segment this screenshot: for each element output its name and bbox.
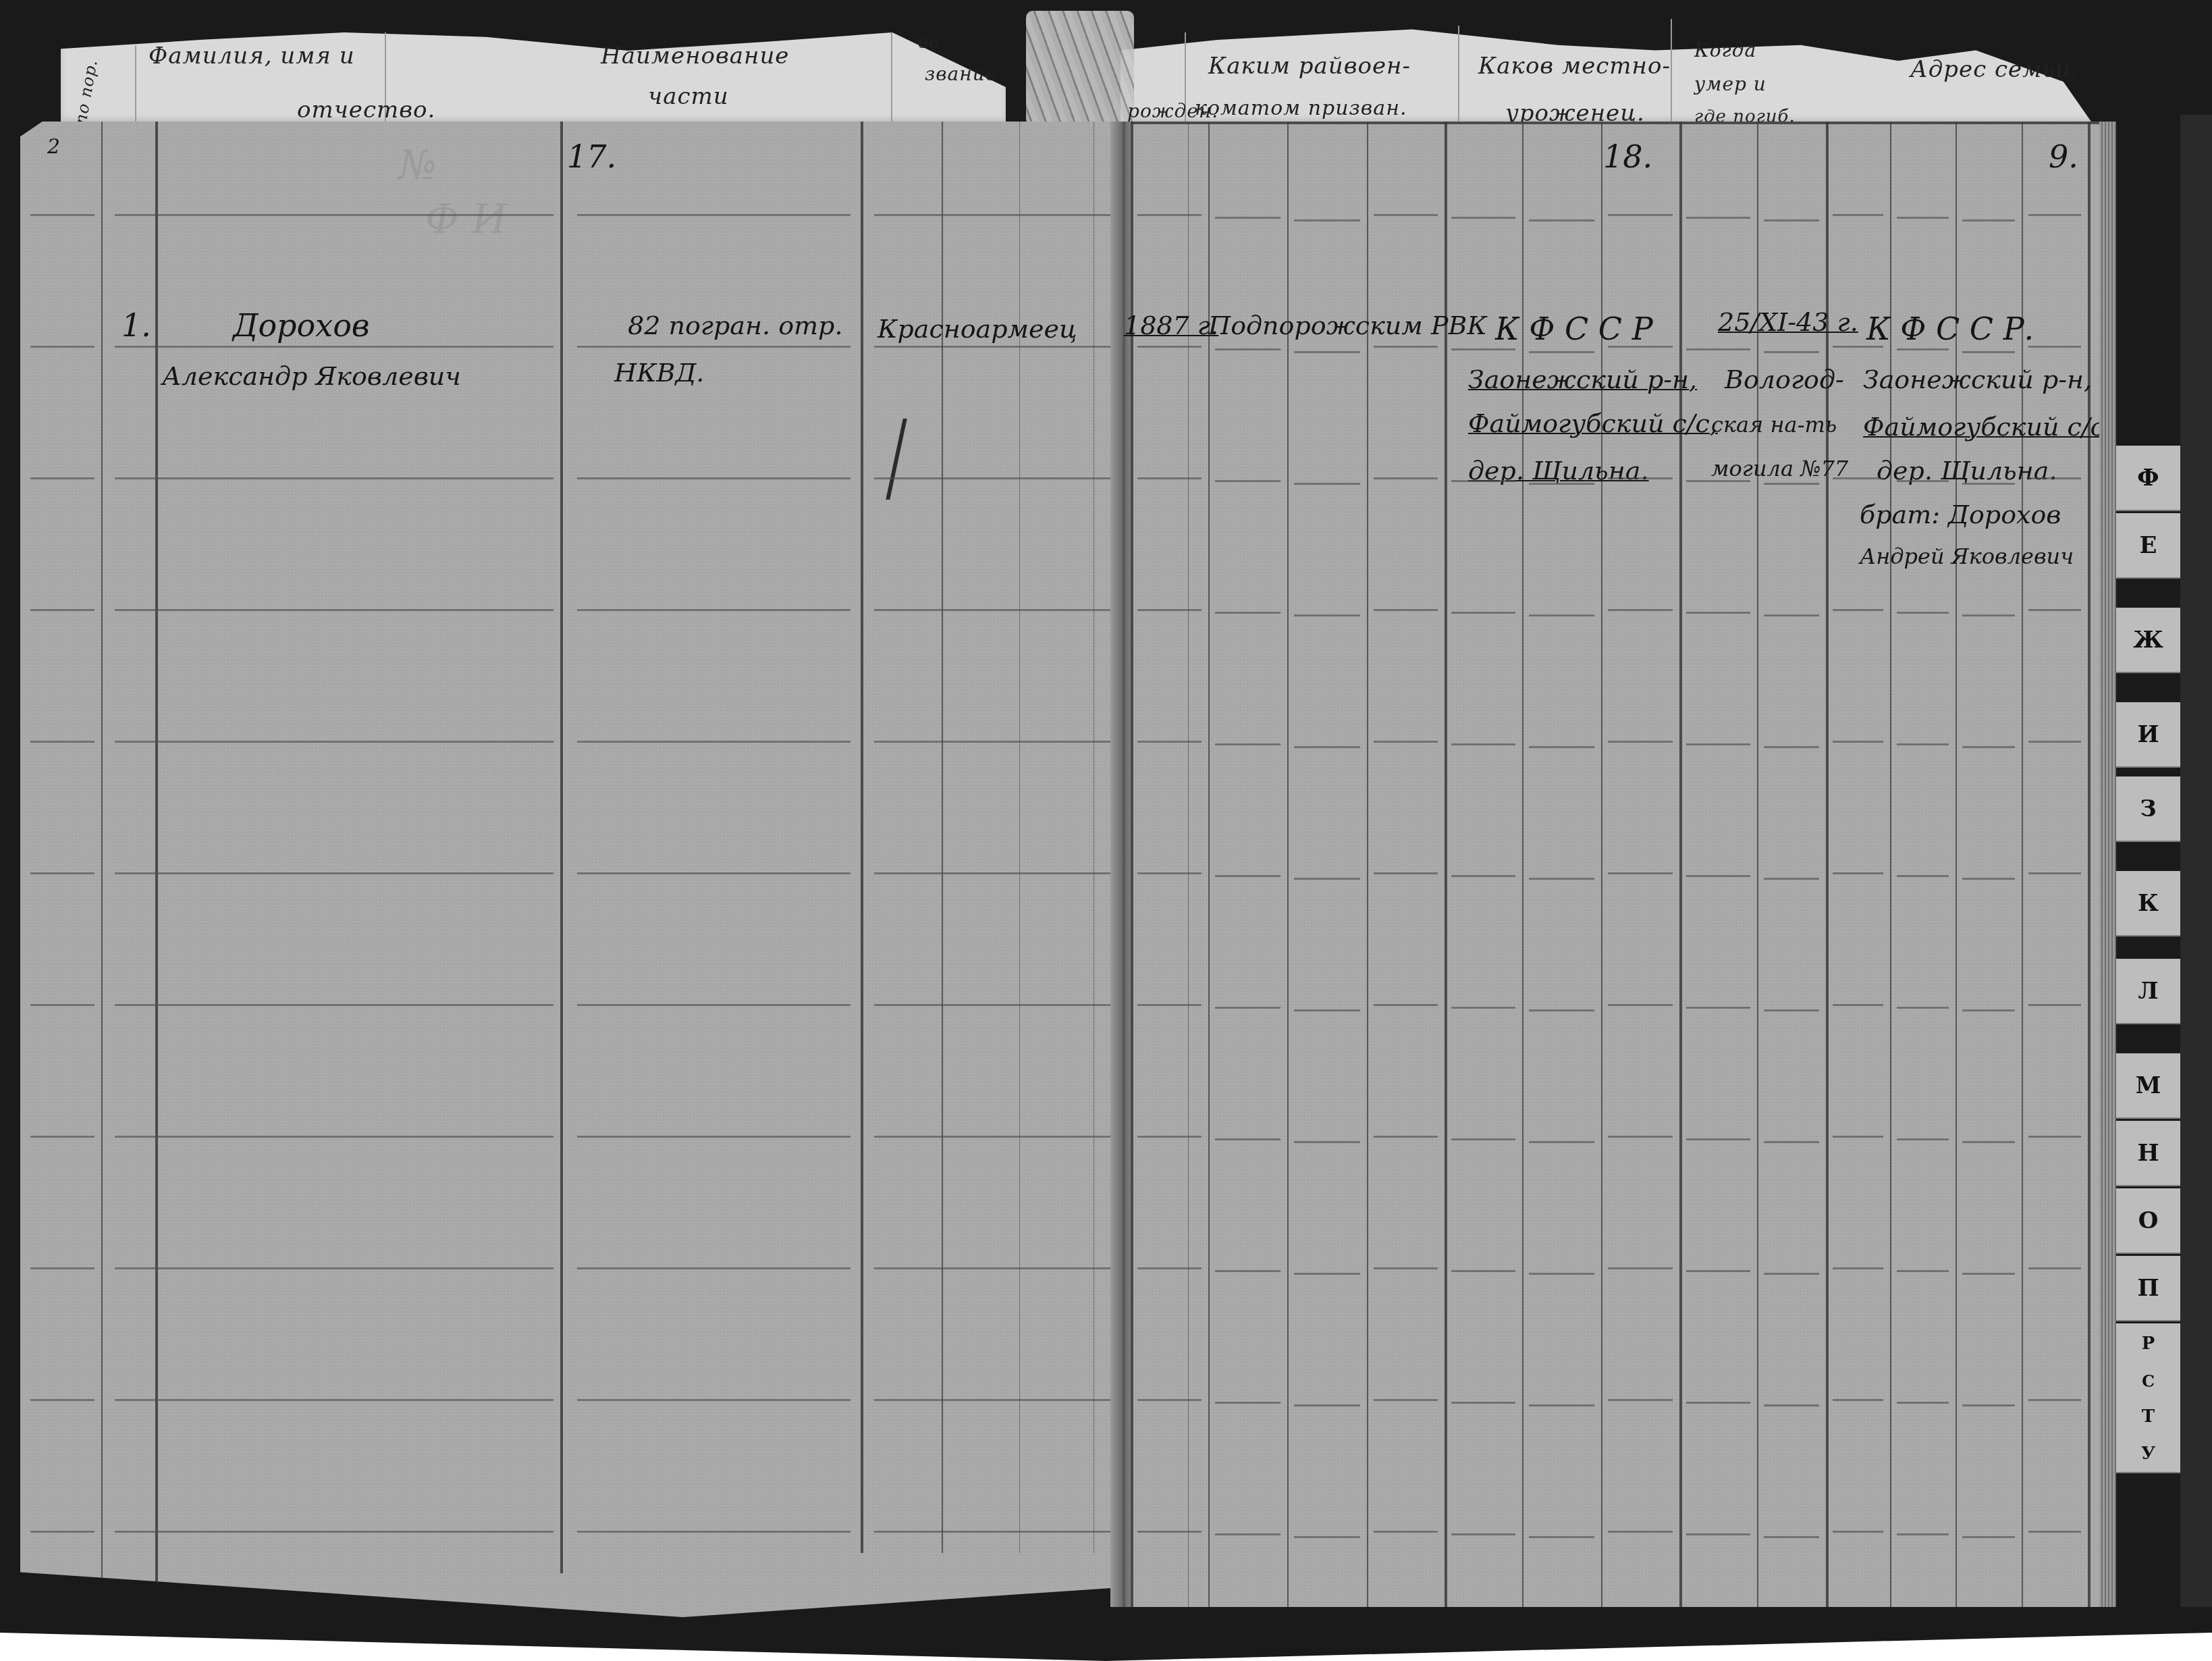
ruled-line xyxy=(577,609,851,611)
right-page: 18. 9. 1887 г. Подпорожским РВК К Ф С С … xyxy=(1131,122,2116,1607)
ruled-line xyxy=(1897,1007,1949,1009)
ruled-line xyxy=(1137,1531,1202,1533)
column-line xyxy=(861,122,863,1553)
ruled-line xyxy=(1897,875,1949,877)
ruled-line xyxy=(1529,1404,1594,1406)
ruled-line xyxy=(115,609,554,611)
index-tab[interactable]: Т xyxy=(2116,1398,2180,1436)
header-name-line1: Фамилия, имя и xyxy=(149,43,355,70)
entry-origin-line3: Файмогубский с/с, xyxy=(1468,408,1718,438)
header-rank-line2: звание xyxy=(925,63,997,85)
ruled-line xyxy=(1137,1136,1202,1138)
ruled-line xyxy=(1451,1402,1515,1404)
ruled-line xyxy=(1764,351,1819,353)
ruled-line xyxy=(1529,483,1594,485)
ruled-line xyxy=(1764,1273,1819,1275)
header-name-line2: отчество. xyxy=(297,97,435,124)
ruled-line xyxy=(1215,1007,1280,1009)
ruled-line xyxy=(1374,1267,1438,1269)
column-line xyxy=(560,122,563,1573)
ruled-line xyxy=(1294,1009,1360,1011)
ruled-line xyxy=(1608,872,1673,874)
column-line xyxy=(1188,122,1189,1607)
index-tab[interactable]: Н xyxy=(2116,1121,2180,1186)
index-tab[interactable]: Р xyxy=(2116,1323,2180,1365)
ruled-line xyxy=(115,1004,554,1006)
ruled-line xyxy=(1374,1004,1438,1006)
ruled-line xyxy=(2028,1004,2081,1006)
ruled-line xyxy=(1215,217,1280,219)
entry-address-line1: К Ф С С Р. xyxy=(1866,311,2034,347)
ruled-line xyxy=(1294,1536,1360,1538)
header-divider xyxy=(135,46,136,124)
ruled-line xyxy=(577,477,851,479)
ruled-line xyxy=(1962,483,2015,485)
ruled-line xyxy=(30,214,95,216)
ruled-line xyxy=(1374,1399,1438,1401)
ruled-line xyxy=(577,1531,851,1533)
ruled-line xyxy=(1833,1531,1883,1533)
header-address-line1: Адрес семьи. xyxy=(1910,56,2079,83)
ruled-line xyxy=(115,346,554,348)
ruled-line xyxy=(1451,1270,1515,1272)
left-page-number: 17. xyxy=(567,138,616,175)
index-tab[interactable]: И xyxy=(2116,702,2180,768)
ruled-line xyxy=(1215,875,1280,877)
bleed-through-text: Ф И xyxy=(425,196,507,243)
ruled-line xyxy=(1137,741,1202,743)
ruled-line xyxy=(1897,480,1949,482)
ruled-line xyxy=(1686,1138,1750,1140)
ruled-line xyxy=(1608,1399,1673,1401)
ruled-line xyxy=(1962,1273,2015,1275)
ruled-line xyxy=(1215,348,1280,350)
ruled-line xyxy=(1764,1009,1819,1011)
check-mark xyxy=(859,419,907,500)
entry-death-place-line1: Вологод- xyxy=(1725,365,1844,394)
entry-death-date: 25/XI-43 г. xyxy=(1718,307,1858,337)
entry-draft-office: Подпорожским РВК xyxy=(1208,311,1487,340)
ruled-line xyxy=(1294,219,1360,221)
ruled-line xyxy=(1137,1399,1202,1401)
ruled-line xyxy=(1608,477,1673,479)
ruled-line xyxy=(1374,1136,1438,1138)
ruled-line xyxy=(1764,878,1819,880)
ruled-line xyxy=(1897,217,1949,219)
index-tab[interactable]: Е xyxy=(2116,513,2180,579)
column-line xyxy=(1131,122,1133,1607)
ruled-line xyxy=(1608,1136,1673,1138)
ruled-line xyxy=(1294,1273,1360,1275)
column-line xyxy=(1287,122,1289,1607)
ruled-line xyxy=(1451,1138,1515,1140)
ruled-line xyxy=(1764,1404,1819,1406)
ruled-line xyxy=(115,477,554,479)
header-death-line2: умер и xyxy=(1694,73,1766,95)
ruled-line xyxy=(1764,746,1819,748)
ruled-line xyxy=(1374,214,1438,216)
header-death-line1: Когда xyxy=(1694,39,1756,61)
ruled-line xyxy=(1374,741,1438,743)
ruled-line xyxy=(1451,612,1515,614)
ruled-line xyxy=(1833,872,1883,874)
ruled-line xyxy=(1764,614,1819,616)
ruled-line xyxy=(874,346,1114,348)
entry-birth-year: 1887 г. xyxy=(1124,311,1218,340)
ruled-line xyxy=(1962,351,2015,353)
ruled-line xyxy=(1374,609,1438,611)
ruled-line xyxy=(1529,1009,1594,1011)
ruled-line xyxy=(1451,217,1515,219)
ruled-line xyxy=(1833,609,1883,611)
index-tab[interactable]: К xyxy=(2116,871,2180,937)
ruled-line xyxy=(2028,1399,2081,1401)
ruled-line xyxy=(2028,872,2081,874)
corner-number: 9. xyxy=(2049,138,2078,175)
ruled-line xyxy=(1215,612,1280,614)
ruled-line xyxy=(874,1136,1114,1138)
ruled-line xyxy=(1897,348,1949,350)
ruled-line xyxy=(874,609,1114,611)
ruled-line xyxy=(1215,1402,1280,1404)
entry-address-line2: Заонежский р-н, xyxy=(1863,365,2092,394)
column-line xyxy=(1094,122,1094,1553)
ruled-line xyxy=(1897,1270,1949,1272)
index-tab[interactable]: З xyxy=(2116,776,2180,842)
ruled-line xyxy=(1137,214,1202,216)
left-edge-mark: 2 xyxy=(47,135,60,159)
ruled-line xyxy=(115,1136,554,1138)
column-line xyxy=(1679,122,1682,1607)
ruled-line xyxy=(1686,348,1750,350)
ruled-line xyxy=(1215,1138,1280,1140)
header-unit-line2: части xyxy=(648,83,729,110)
ruled-line xyxy=(1215,1533,1280,1535)
ruled-line xyxy=(1608,346,1673,348)
ruled-line xyxy=(1451,1007,1515,1009)
entry-number: 1. xyxy=(122,307,151,344)
ruled-line xyxy=(874,1399,1114,1401)
ruled-line xyxy=(1962,878,2015,880)
torn-spine-fragment xyxy=(1026,11,1134,126)
ruled-line xyxy=(1294,878,1360,880)
ruled-line xyxy=(1137,872,1202,874)
bleed-through-text: № xyxy=(398,142,437,189)
ruled-line xyxy=(1374,477,1438,479)
ruled-line xyxy=(1608,1267,1673,1269)
column-line xyxy=(101,122,103,1617)
ruled-line xyxy=(30,346,95,348)
ruled-line xyxy=(874,872,1114,874)
entry-rank: Красноармеец xyxy=(878,314,1077,344)
ruled-line xyxy=(1451,743,1515,745)
ruled-line xyxy=(1529,878,1594,880)
ruled-line xyxy=(1451,480,1515,482)
ruled-line xyxy=(1137,477,1202,479)
ruled-line xyxy=(1897,1138,1949,1140)
ruled-line xyxy=(1686,1007,1750,1009)
column-line xyxy=(1826,122,1829,1607)
ruled-line xyxy=(2028,741,2081,743)
header-divider xyxy=(1458,26,1459,124)
ruled-line xyxy=(1529,1536,1594,1538)
ruled-line xyxy=(2028,609,2081,611)
ruled-line xyxy=(1294,746,1360,748)
ruled-line xyxy=(1764,219,1819,221)
column-line xyxy=(2088,122,2090,1607)
index-tab[interactable]: У xyxy=(2116,1435,2180,1473)
ruled-line xyxy=(577,1399,851,1401)
entry-surname: Дорохов xyxy=(233,307,370,344)
ruled-line xyxy=(1294,614,1360,616)
ruled-line xyxy=(1897,1402,1949,1404)
ruled-line xyxy=(1529,746,1594,748)
index-tab[interactable]: С xyxy=(2116,1364,2180,1399)
ruled-line xyxy=(1215,1270,1280,1272)
ruled-line xyxy=(2028,1136,2081,1138)
header-draft-line1: Каким райвоен- xyxy=(1208,53,1411,80)
ruled-line xyxy=(30,1531,95,1533)
entry-unit-line2: НКВД. xyxy=(614,358,704,388)
entry-origin-line2: Заонежский р-н, xyxy=(1468,365,1697,394)
ruled-line xyxy=(1833,1267,1883,1269)
ruled-line xyxy=(1137,1267,1202,1269)
ruled-line xyxy=(1833,214,1883,216)
ruled-line xyxy=(1962,1404,2015,1406)
ruled-line xyxy=(1215,743,1280,745)
scan-background-right xyxy=(2180,115,2212,1607)
ruled-line xyxy=(30,609,95,611)
index-tab[interactable]: Ф xyxy=(2116,446,2180,511)
index-tab[interactable]: Ж xyxy=(2116,608,2180,673)
ruled-line xyxy=(2028,1267,2081,1269)
ruled-line xyxy=(1764,1536,1819,1538)
alphabet-index-tabs: Ф Е Ж И З К Л М Н О П Р С Т У xyxy=(2116,446,2180,1472)
ruled-line xyxy=(874,741,1114,743)
ruled-line xyxy=(30,872,95,874)
ruled-line xyxy=(1608,609,1673,611)
left-page: № Ф И 2 17. 1. Дорохов Александр Яковлев… xyxy=(20,122,1124,1617)
ruled-line xyxy=(874,1531,1114,1533)
ruled-line xyxy=(1137,609,1202,611)
ruled-line xyxy=(577,214,851,216)
header-divider xyxy=(1671,19,1672,124)
ruled-line xyxy=(115,1531,554,1533)
entry-given-patronymic: Александр Яковлевич xyxy=(162,361,461,391)
ruled-line xyxy=(1833,346,1883,348)
ruled-line xyxy=(30,1267,95,1269)
index-tab[interactable]: Л xyxy=(2116,959,2180,1024)
index-tab[interactable]: П xyxy=(2116,1256,2180,1321)
ruled-line xyxy=(2028,346,2081,348)
header-origin-line1: Каков местно- xyxy=(1478,53,1671,80)
ruled-line xyxy=(1294,1404,1360,1406)
ruled-line xyxy=(2028,1531,2081,1533)
stacked-page-edges xyxy=(2099,122,2116,1607)
index-tab[interactable]: М xyxy=(2116,1053,2180,1119)
ruled-line xyxy=(1833,477,1883,479)
ruled-line xyxy=(1897,743,1949,745)
ruled-line xyxy=(1962,1009,2015,1011)
entry-death-place-line3: могила №77 xyxy=(1711,456,1848,481)
ruled-line xyxy=(1137,1004,1202,1006)
ruled-line xyxy=(1529,219,1594,221)
ruled-line xyxy=(1451,875,1515,877)
header-draft-line2: коматом призван. xyxy=(1195,97,1407,120)
entry-address-line6: Андрей Яковлевич xyxy=(1860,544,2074,569)
entry-death-place-line2: ская на-ть xyxy=(1711,412,1837,438)
ruled-line xyxy=(874,214,1114,216)
ruled-line xyxy=(1686,217,1750,219)
ruled-line xyxy=(1686,612,1750,614)
ruled-line xyxy=(1764,483,1819,485)
ruled-line xyxy=(115,872,554,874)
ruled-line xyxy=(30,1399,95,1401)
ruled-line xyxy=(1294,1141,1360,1143)
ruled-line xyxy=(1451,348,1515,350)
ruled-line xyxy=(1529,614,1594,616)
ruled-line xyxy=(1962,614,2015,616)
right-page-number: 18. xyxy=(1603,138,1652,175)
ruled-line xyxy=(577,1267,851,1269)
ruled-line xyxy=(577,1136,851,1138)
ruled-line xyxy=(1833,1399,1883,1401)
ruled-line xyxy=(1962,219,2015,221)
header-rank-line1: во xyxy=(918,32,940,53)
ruled-line xyxy=(1897,1533,1949,1535)
ruled-line xyxy=(1833,1004,1883,1006)
column-line xyxy=(1208,122,1210,1607)
ruled-line xyxy=(30,1004,95,1006)
ruled-line xyxy=(1962,746,2015,748)
entry-unit-line1: 82 погран. отр. xyxy=(628,311,842,340)
ruled-line xyxy=(2028,477,2081,479)
ruled-line xyxy=(1137,346,1202,348)
ruled-line xyxy=(577,741,851,743)
ruled-line xyxy=(115,1267,554,1269)
ruled-line xyxy=(1686,480,1750,482)
ruled-line xyxy=(115,214,554,216)
ruled-line xyxy=(30,1136,95,1138)
ruled-line xyxy=(1374,872,1438,874)
ruled-line xyxy=(30,477,95,479)
ruled-line xyxy=(1215,480,1280,482)
ruled-line xyxy=(1962,1141,2015,1143)
ruled-line xyxy=(1962,1536,2015,1538)
entry-address-line3: Файмогубский с/с. xyxy=(1863,412,2113,442)
ruled-line xyxy=(1608,1531,1673,1533)
header-divider xyxy=(891,32,892,124)
ruled-line xyxy=(874,1004,1114,1006)
ruled-line xyxy=(577,1004,851,1006)
header-unit-line1: Наименование xyxy=(601,43,789,70)
column-header-strip: № по пор. Фамилия, имя и отчество. Наиме… xyxy=(20,5,2093,122)
ruled-line xyxy=(1686,743,1750,745)
ruled-line xyxy=(1764,1141,1819,1143)
scan-background-bottom xyxy=(0,1614,2212,1661)
entry-origin-line1: К Ф С С Р xyxy=(1495,311,1653,347)
ruled-line xyxy=(577,346,851,348)
ruled-line xyxy=(1294,351,1360,353)
ruled-line xyxy=(1529,351,1594,353)
column-line xyxy=(1757,122,1758,1607)
ruled-line xyxy=(874,477,1114,479)
ruled-line xyxy=(1608,214,1673,216)
ruled-line xyxy=(1374,346,1438,348)
top-rule xyxy=(1131,122,2116,124)
ruled-line xyxy=(2028,214,2081,216)
ruled-line xyxy=(1451,1533,1515,1535)
ruled-line xyxy=(1294,483,1360,485)
column-line xyxy=(1445,122,1447,1607)
ruled-line xyxy=(30,741,95,743)
ruled-line xyxy=(577,872,851,874)
ruled-line xyxy=(1686,1533,1750,1535)
ruled-line xyxy=(115,1399,554,1401)
ruled-line xyxy=(1897,612,1949,614)
ruled-line xyxy=(1833,1136,1883,1138)
ruled-line xyxy=(1686,875,1750,877)
ruled-line xyxy=(1608,741,1673,743)
ruled-line xyxy=(874,1267,1114,1269)
ruled-line xyxy=(1529,1273,1594,1275)
ruled-line xyxy=(1374,1531,1438,1533)
column-line xyxy=(1367,122,1368,1607)
ruled-line xyxy=(1686,1270,1750,1272)
ruled-line xyxy=(115,741,554,743)
ruled-line xyxy=(1529,1141,1594,1143)
index-tab[interactable]: О xyxy=(2116,1188,2180,1254)
ruled-line xyxy=(1608,1004,1673,1006)
ruled-line xyxy=(1833,741,1883,743)
ruled-line xyxy=(1686,1402,1750,1404)
entry-address-line5: брат: Дорохов xyxy=(1860,500,2061,529)
